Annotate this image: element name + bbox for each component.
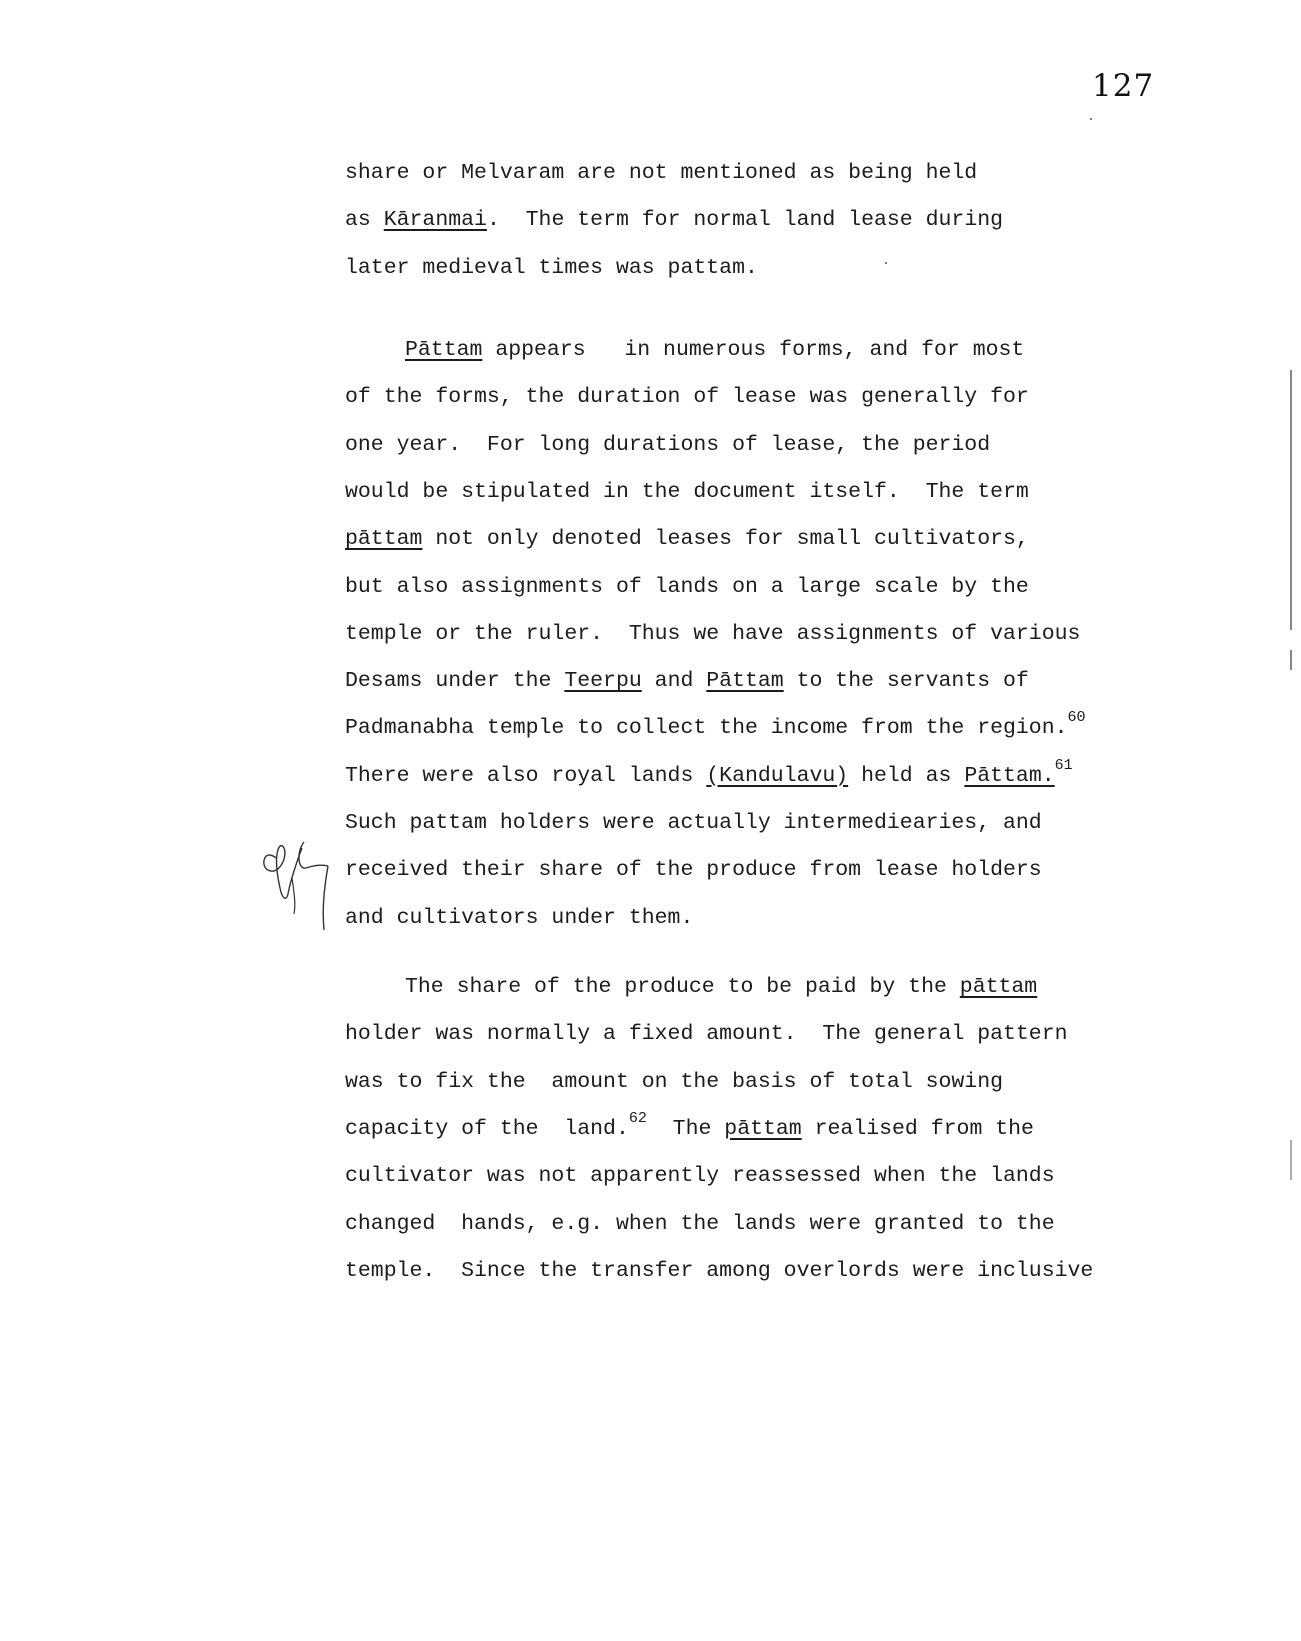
underlined-term: Pāttam — [405, 338, 482, 362]
text-run: not only denoted leases for small cultiv… — [422, 527, 1028, 551]
text-run: one year. For long durations of lease, t… — [345, 433, 990, 457]
text-run: later medieval times was pattam. — [345, 256, 758, 280]
scan-edge-line — [1290, 1140, 1292, 1180]
text-line: Pāttam appears in numerous forms, and fo… — [405, 335, 1024, 365]
text-run: to the servants of — [784, 669, 1029, 693]
text-line: Desams under the Teerpu and Pāttam to th… — [345, 666, 1029, 696]
text-line: holder was normally a fixed amount. The … — [345, 1019, 1068, 1049]
text-run: but also assignments of lands on a large… — [345, 575, 1029, 599]
text-line: temple. Since the transfer among overlor… — [345, 1256, 1093, 1286]
text-run: Such pattam holders were actually interm… — [345, 811, 1042, 835]
text-run: holder was normally a fixed amount. The … — [345, 1022, 1068, 1046]
text-line: pāttam not only denoted leases for small… — [345, 524, 1029, 554]
text-run: received their share of the produce from… — [345, 858, 1042, 882]
scan-speck — [885, 262, 887, 264]
text-run: capacity of the land. — [345, 1117, 629, 1141]
text-line: but also assignments of lands on a large… — [345, 572, 1029, 602]
text-line: later medieval times was pattam. — [345, 253, 758, 283]
text-line: share or Melvaram are not mentioned as b… — [345, 158, 977, 188]
underlined-term: pāttam — [724, 1117, 801, 1141]
text-run: temple. Since the transfer among overlor… — [345, 1259, 1093, 1283]
text-run: as — [345, 208, 384, 232]
text-run: changed hands, e.g. when the lands were … — [345, 1212, 1055, 1236]
text-line: changed hands, e.g. when the lands were … — [345, 1209, 1055, 1239]
text-run: would be stipulated in the document itse… — [345, 480, 1029, 504]
underlined-term: pāttam — [345, 527, 422, 551]
scan-speck — [1090, 118, 1092, 120]
text-line: temple or the ruler. Thus we have assign… — [345, 619, 1080, 649]
text-line: and cultivators under them. — [345, 903, 693, 933]
footnote-ref: 62 — [629, 1110, 647, 1127]
text-run: held as — [848, 764, 964, 788]
text-line: The share of the produce to be paid by t… — [405, 972, 1037, 1002]
text-run: There were also royal lands — [345, 764, 706, 788]
underlined-term: Pāttam — [706, 669, 783, 693]
text-line: Padmanabha temple to collect the income … — [345, 713, 1086, 743]
text-run: temple or the ruler. Thus we have assign… — [345, 622, 1080, 646]
footnote-ref: 61 — [1055, 757, 1073, 774]
page-number: 127 — [1092, 68, 1154, 104]
footnote-ref: 60 — [1068, 709, 1086, 726]
text-run: realised from the — [802, 1117, 1034, 1141]
text-run: The share of the produce to be paid by t… — [405, 975, 960, 999]
text-run: appears in numerous forms, and for most — [482, 338, 1024, 362]
handwritten-initials-icon — [258, 818, 348, 938]
text-run: . The term for normal land lease during — [487, 208, 1003, 232]
text-run: and cultivators under them. — [345, 906, 693, 930]
text-line: was to fix the amount on the basis of to… — [345, 1067, 1003, 1097]
text-run: was to fix the amount on the basis of to… — [345, 1070, 1003, 1094]
text-run: cultivator was not apparently reassessed… — [345, 1164, 1055, 1188]
text-line: one year. For long durations of lease, t… — [345, 430, 990, 460]
text-run: and — [642, 669, 707, 693]
text-line: would be stipulated in the document itse… — [345, 477, 1029, 507]
text-line: capacity of the land.62 The pāttam reali… — [345, 1114, 1034, 1144]
text-run: The — [647, 1117, 724, 1141]
scan-edge-line — [1290, 650, 1292, 670]
text-line: There were also royal lands (Kandulavu) … — [345, 761, 1073, 791]
underlined-term: Pāttam. — [964, 764, 1054, 788]
scan-edge-line — [1290, 370, 1292, 630]
text-line: as Kāranmai. The term for normal land le… — [345, 205, 1003, 235]
text-line: of the forms, the duration of lease was … — [345, 382, 1029, 412]
text-line: Such pattam holders were actually interm… — [345, 808, 1042, 838]
text-run: share or Melvaram are not mentioned as b… — [345, 161, 977, 185]
underlined-term: pāttam — [960, 975, 1037, 999]
text-line: received their share of the produce from… — [345, 855, 1042, 885]
text-run: Desams under the — [345, 669, 564, 693]
text-run: Padmanabha temple to collect the income … — [345, 716, 1068, 740]
text-line: cultivator was not apparently reassessed… — [345, 1161, 1055, 1191]
underlined-term: Teerpu — [564, 669, 641, 693]
text-run: of the forms, the duration of lease was … — [345, 385, 1029, 409]
underlined-term: Kāranmai — [384, 208, 487, 232]
underlined-term: (Kandulavu) — [706, 764, 848, 788]
